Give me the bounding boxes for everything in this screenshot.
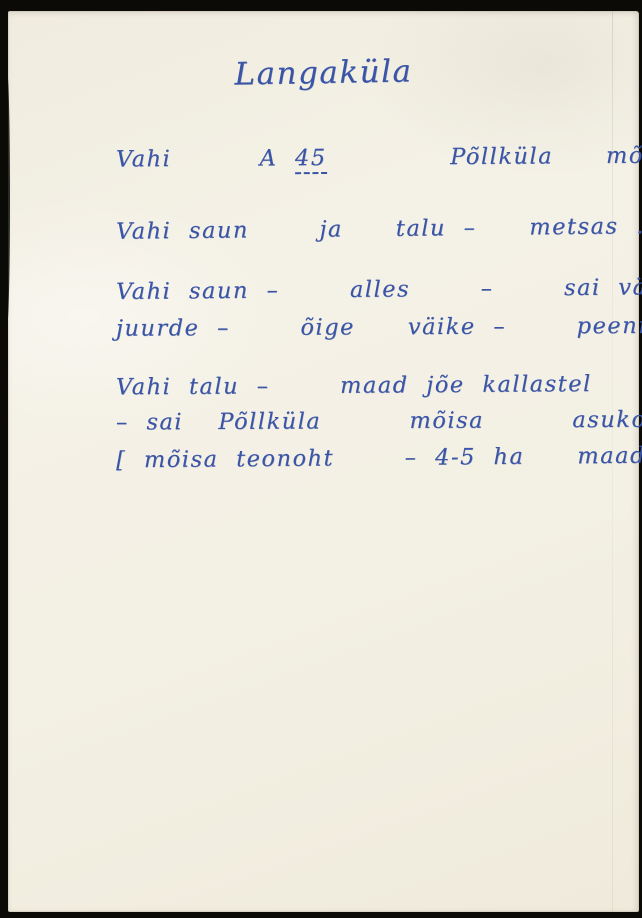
- note-line-7: [ mõisa teonoht – 4-5 ha maad – Tegi päe…: [116, 436, 642, 479]
- note-line-1: Vahi A 45 Põllküla mõisa järgi .: [116, 137, 642, 178]
- note-line-4: juurde – õige väike – peenramaa !: [116, 307, 642, 346]
- note-line-3: Vahi saun – alles – sai vähe maad: [116, 268, 642, 310]
- line1-pre: Vahi A: [116, 145, 295, 172]
- scan-background: Langaküla Vahi A 45 Põllküla mõisa järgi…: [0, 0, 642, 918]
- note-title: Langaküla: [8, 49, 640, 96]
- paper-sheet: Langaküla Vahi A 45 Põllküla mõisa järgi…: [8, 11, 639, 912]
- line1-post: Põllküla mõisa järgi .: [327, 142, 642, 171]
- note-line-5: Vahi talu – maad jõe kallastel – kadunud: [116, 365, 642, 406]
- paper-torn-edge: [5, 71, 10, 331]
- note-line-6: – sai Põllküla mõisa asukoha .: [116, 401, 642, 440]
- line1-underlined-number: 45: [295, 145, 327, 174]
- note-line-2: Vahi saun ja talu – metsas .: [116, 208, 642, 250]
